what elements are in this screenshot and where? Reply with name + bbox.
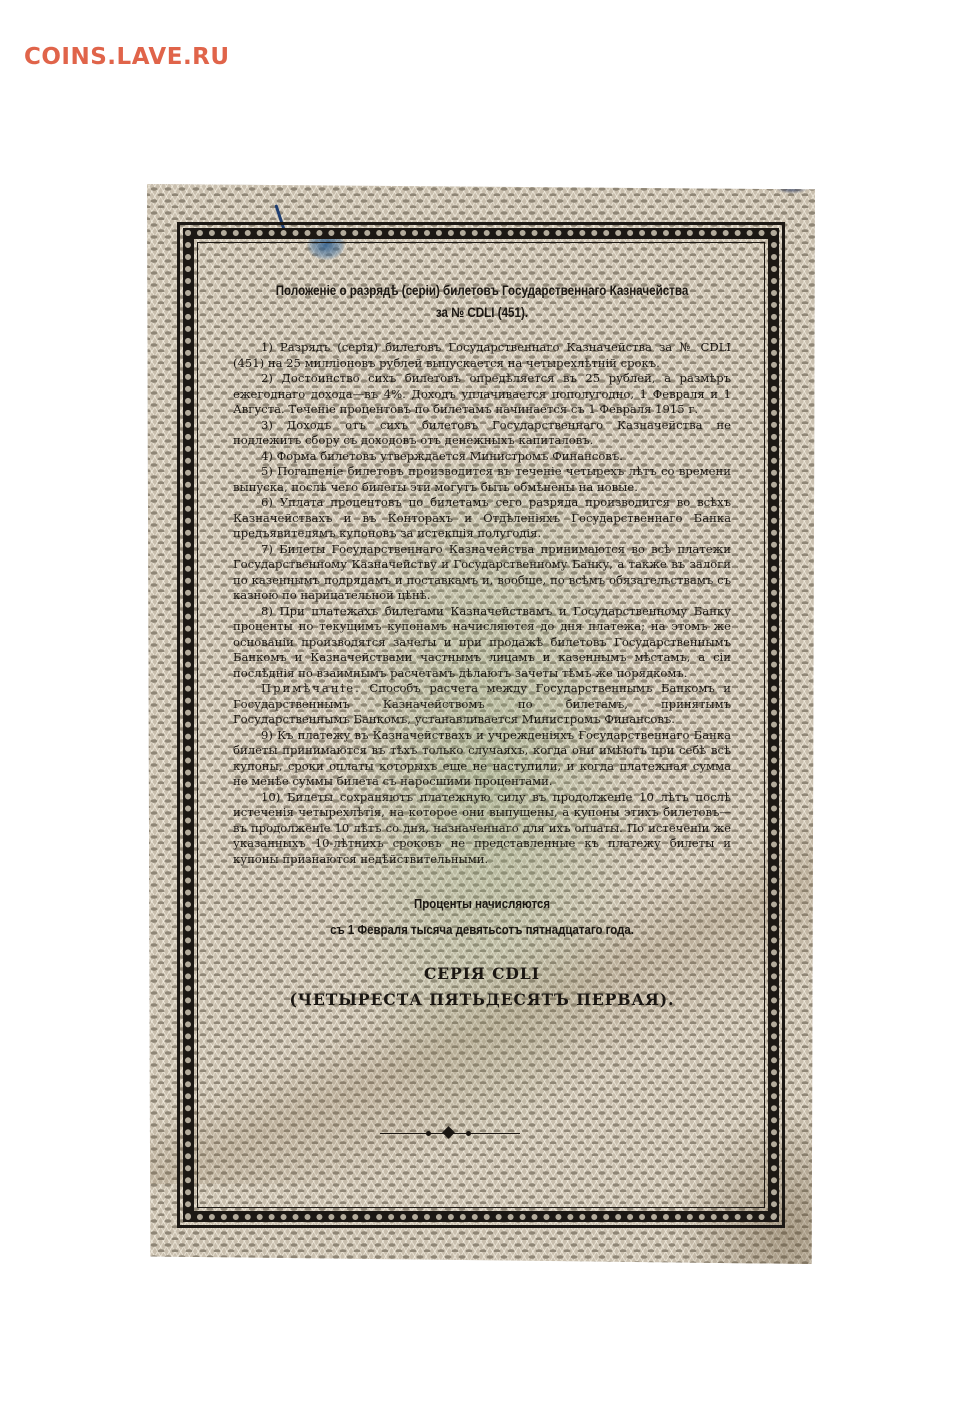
remark-paragraph: Примѣчанiе. Способъ расчета между Госуда…: [233, 681, 731, 728]
document-text: Положенiе о разрядѣ (серiи) билетовъ Гос…: [233, 280, 731, 1013]
regulation-paragraph: 5) Погашенiе билетовъ производится въ те…: [233, 464, 731, 495]
interest-statement: Проценты начисляются съ 1 Февраля тысяча…: [263, 891, 701, 943]
series-line-2: (ЧЕТЫРЕСТА ПЯТЬДЕСЯТЪ ПЕРВАЯ).: [233, 987, 731, 1013]
title-line-1: Положенiе о разрядѣ (серiи) билетовъ Гос…: [233, 280, 730, 302]
regulation-paragraph: 3) Доходъ отъ сихъ билетовъ Государствен…: [233, 418, 731, 449]
regulations-list: 1) Разрядъ (серiя) билетовъ Государствен…: [233, 340, 731, 867]
regulation-paragraph: 8) При платежахъ билетами Казначействамъ…: [233, 604, 731, 682]
remark-label: Примѣчанiе.: [261, 681, 361, 695]
regulation-paragraph: 7) Билеты Государственнаго Казначейства …: [233, 542, 731, 604]
title-line-2: за № CDLI (451).: [233, 302, 730, 324]
treasury-note-reverse: Положенiе о разрядѣ (серiи) билетовъ Гос…: [147, 184, 815, 1264]
interest-line-2: съ 1 Февраля тысяча девятьсотъ пятнадцат…: [263, 917, 701, 943]
regulation-paragraph: 2) Достоинство сихъ билетовъ опредѣляетс…: [233, 371, 731, 418]
interest-line-1: Проценты начисляются: [263, 891, 701, 917]
regulation-paragraph: 10) Билеты сохраняютъ платежную силу въ …: [233, 790, 731, 868]
site-watermark: COINS.LAVE.RU: [24, 44, 230, 70]
series-line-1: СЕРIЯ CDLI: [233, 961, 731, 987]
ornament-divider-icon: [380, 1129, 520, 1139]
regulation-paragraph: 6) Уплата процентовъ по билетамъ сего ра…: [233, 495, 731, 542]
regulation-paragraph: 1) Разрядъ (серiя) билетовъ Государствен…: [233, 340, 731, 371]
series-statement: СЕРIЯ CDLI (ЧЕТЫРЕСТА ПЯТЬДЕСЯТЪ ПЕРВАЯ)…: [233, 961, 731, 1013]
ink-corner-mark: [775, 182, 809, 194]
document-title: Положенiе о разрядѣ (серiи) билетовъ Гос…: [233, 280, 730, 324]
regulation-paragraph: 4) Форма билетовъ утверждается Министром…: [233, 449, 731, 465]
regulation-paragraph: 9) Къ платежу въ Казначействахъ и учрежд…: [233, 728, 731, 790]
